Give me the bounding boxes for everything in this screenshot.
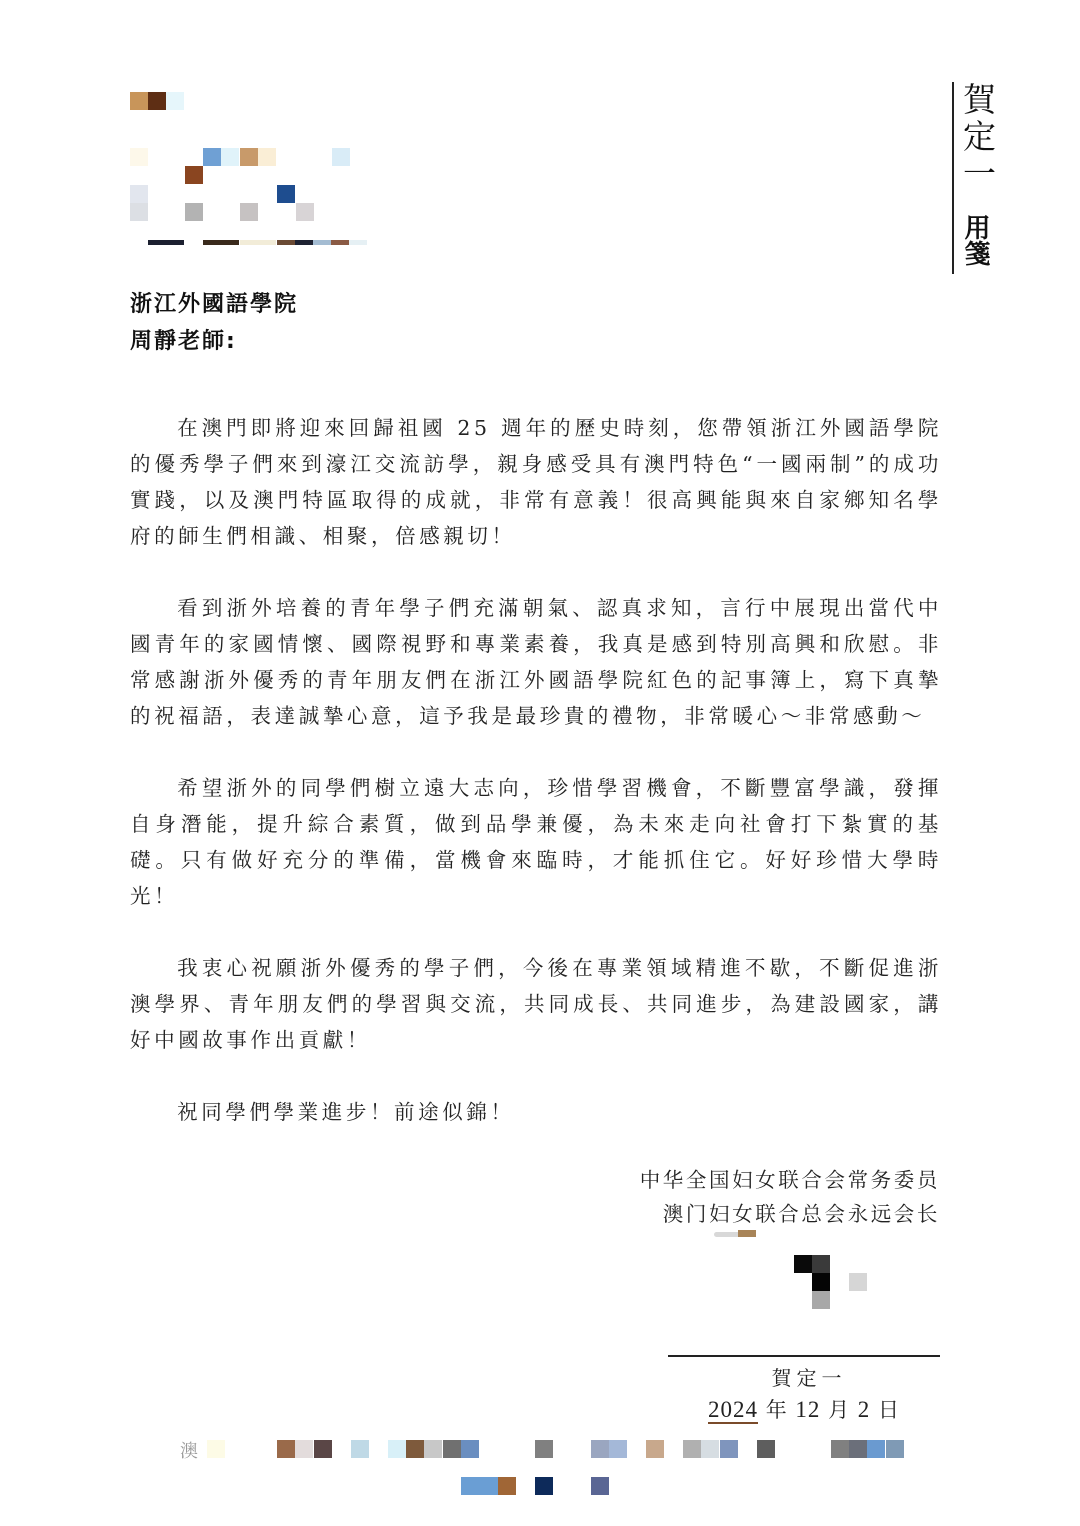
body-paragraph-3: 希望浙外的同學們樹立遠大志向，珍惜學習機會，不斷豐富學識，發揮自身潛能，提升綜合… — [130, 770, 942, 914]
date-month-unit: 月 — [828, 1398, 850, 1422]
signature-titles: 中华全国妇女联合会常务委员 澳门妇女联合总会永远会长 — [640, 1163, 940, 1231]
salutation: 浙江外國語學院 周靜老師: — [130, 286, 298, 360]
date-day-unit: 日 — [878, 1398, 900, 1422]
body-paragraph-4: 我衷心祝願浙外優秀的學子們，今後在專業領域精進不歇，不斷促進浙澳學界、青年朋友們… — [130, 950, 942, 1058]
date-year-unit: 年 — [766, 1398, 788, 1422]
date-day: 2 — [858, 1397, 871, 1422]
letterhead-name: 賀定一 — [960, 82, 994, 193]
letterhead-suffix: 用箋 — [960, 214, 990, 266]
letterhead: 賀定一 用箋 — [952, 82, 994, 274]
signer-name: 賀定一 — [668, 1362, 940, 1391]
body-paragraph-1: 在澳門即將迎來回歸祖國 25 週年的歷史時刻，您帶領浙江外國語學院的優秀學子們來… — [130, 410, 942, 554]
footer-visible-glyph: 澳 — [180, 1437, 198, 1463]
recipient-addressee: 周靜老師: — [130, 323, 298, 360]
date-year: 2024 — [708, 1397, 758, 1424]
body-paragraph-2: 看到浙外培養的青年學子們充滿朝氣、認真求知，言行中展現出當代中國青年的家國情懷、… — [130, 590, 942, 734]
signature-rule — [668, 1355, 940, 1357]
recipient-institution: 浙江外國語學院 — [130, 286, 298, 323]
letter-body: 在澳門即將迎來回歸祖國 25 週年的歷史時刻，您帶領浙江外國語學院的優秀學子們來… — [130, 410, 942, 1130]
date-month: 12 — [795, 1397, 820, 1422]
signer-title-1: 中华全国妇女联合会常务委员 — [640, 1163, 940, 1197]
closing-line: 祝同學們學業進步！前途似錦！ — [130, 1094, 942, 1130]
letter-date: 2024 年 12 月 2 日 — [668, 1394, 940, 1424]
signer-title-2: 澳门妇女联合总会永远会长 — [640, 1197, 940, 1231]
